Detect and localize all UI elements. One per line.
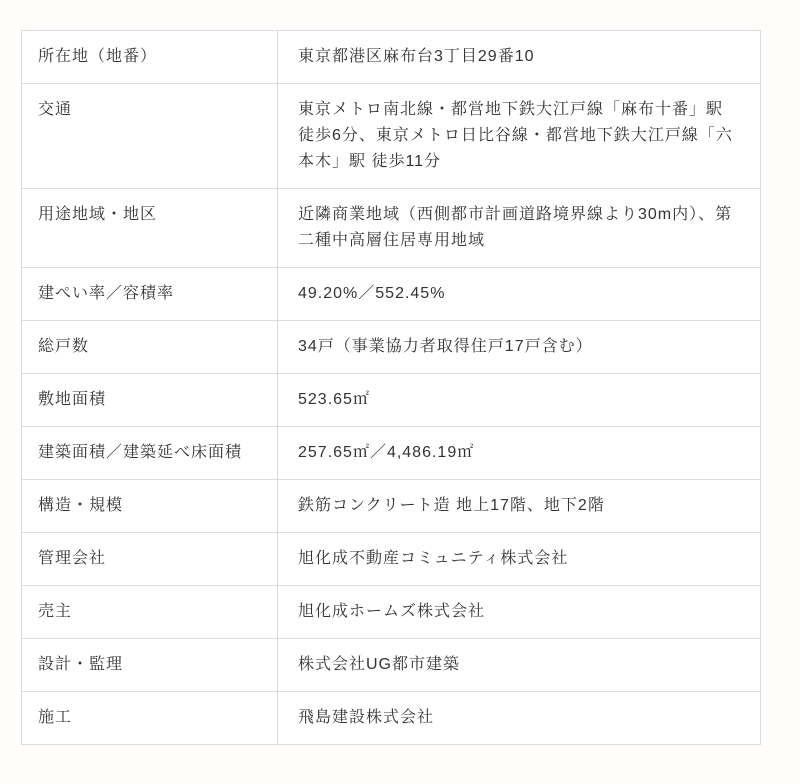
table-row-location: 所在地（地番） 東京都港区麻布台3丁目29番10 bbox=[22, 31, 760, 84]
row-value: 49.20%／552.45% bbox=[278, 268, 760, 320]
table-row-management-company: 管理会社 旭化成不動産コミュニティ株式会社 bbox=[22, 533, 760, 586]
table-row-structure: 構造・規模 鉄筋コンクリート造 地上17階、地下2階 bbox=[22, 480, 760, 533]
row-label: 施工 bbox=[22, 692, 278, 744]
table-row-site-area: 敷地面積 523.65㎡ bbox=[22, 374, 760, 427]
row-label: 用途地域・地区 bbox=[22, 189, 278, 267]
row-value: 株式会社UG都市建築 bbox=[278, 639, 760, 691]
row-value: 東京メトロ南北線・都営地下鉄大江戸線「麻布十番」駅 徒歩6分、東京メトロ日比谷線… bbox=[278, 84, 760, 188]
row-label: 建ぺい率／容積率 bbox=[22, 268, 278, 320]
row-label: 交通 bbox=[22, 84, 278, 188]
row-label: 売主 bbox=[22, 586, 278, 638]
row-label: 構造・規模 bbox=[22, 480, 278, 532]
row-label: 敷地面積 bbox=[22, 374, 278, 426]
property-spec-table: 所在地（地番） 東京都港区麻布台3丁目29番10 交通 東京メトロ南北線・都営地… bbox=[21, 30, 761, 745]
table-row-design-supervision: 設計・監理 株式会社UG都市建築 bbox=[22, 639, 760, 692]
table-row-zoning: 用途地域・地区 近隣商業地域（西側都市計画道路境界線より30m内）、第二種中高層… bbox=[22, 189, 760, 268]
row-label: 設計・監理 bbox=[22, 639, 278, 691]
row-value: 鉄筋コンクリート造 地上17階、地下2階 bbox=[278, 480, 760, 532]
table-row-building-area: 建築面積／建築延べ床面積 257.65㎡／4,486.19㎡ bbox=[22, 427, 760, 480]
row-value: 34戸（事業協力者取得住戸17戸含む） bbox=[278, 321, 760, 373]
table-row-transportation: 交通 東京メトロ南北線・都営地下鉄大江戸線「麻布十番」駅 徒歩6分、東京メトロ日… bbox=[22, 84, 760, 189]
row-label: 所在地（地番） bbox=[22, 31, 278, 83]
row-value: 523.65㎡ bbox=[278, 374, 760, 426]
row-label: 管理会社 bbox=[22, 533, 278, 585]
row-value: 近隣商業地域（西側都市計画道路境界線より30m内）、第二種中高層住居専用地域 bbox=[278, 189, 760, 267]
row-value: 旭化成ホームズ株式会社 bbox=[278, 586, 760, 638]
row-value: 飛島建設株式会社 bbox=[278, 692, 760, 744]
row-value: 257.65㎡／4,486.19㎡ bbox=[278, 427, 760, 479]
row-value: 旭化成不動産コミュニティ株式会社 bbox=[278, 533, 760, 585]
row-label: 建築面積／建築延べ床面積 bbox=[22, 427, 278, 479]
table-row-coverage-ratio: 建ぺい率／容積率 49.20%／552.45% bbox=[22, 268, 760, 321]
row-value: 東京都港区麻布台3丁目29番10 bbox=[278, 31, 760, 83]
table-row-seller: 売主 旭化成ホームズ株式会社 bbox=[22, 586, 760, 639]
table-row-constructor: 施工 飛島建設株式会社 bbox=[22, 692, 760, 744]
table-row-total-units: 総戸数 34戸（事業協力者取得住戸17戸含む） bbox=[22, 321, 760, 374]
row-label: 総戸数 bbox=[22, 321, 278, 373]
